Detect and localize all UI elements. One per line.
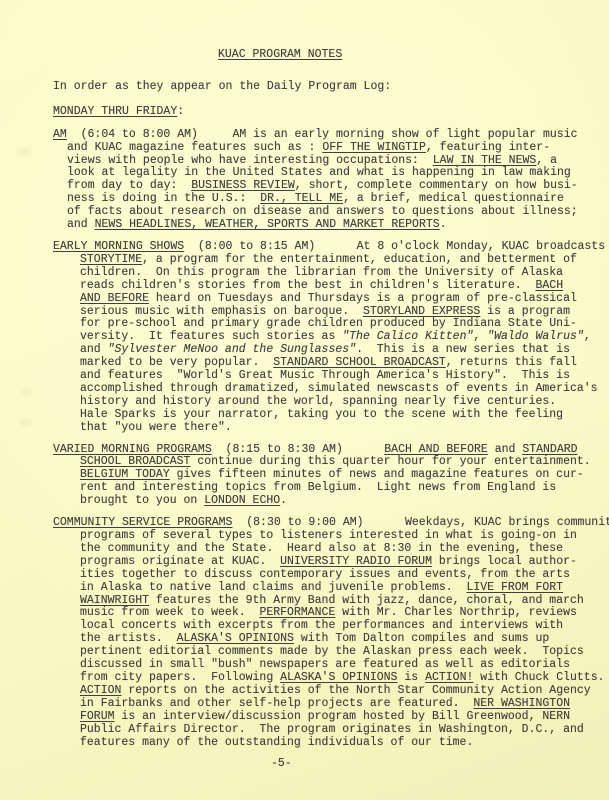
body-text: brings local author- (432, 555, 577, 568)
underlined-text: BELGIUM TODAY (80, 468, 170, 481)
italic-title-text: "Sylvester MeNoo and the Sunglasses" (108, 343, 356, 356)
scan-smudge (18, 148, 32, 155)
text-line: brought to you on LONDON ECHO. (53, 495, 593, 508)
body-text: and (67, 218, 95, 231)
underlined-text: ACTION! (425, 671, 473, 684)
underlined-text: LONDON ECHO (204, 494, 280, 507)
body-text: and (80, 343, 108, 356)
body-text: in Alaska to native land claims and juve… (80, 581, 466, 594)
body-text: Public Affairs Director. The program ori… (80, 723, 584, 736)
body-text: children. On this program the librarian … (80, 266, 563, 279)
body-text: that "you were there". (80, 421, 232, 434)
underlined-text: UNIVERSITY RADIO FORUM (280, 555, 432, 568)
program-paragraph: AM (6:04 to 8:00 AM) AM is an early morn… (53, 129, 593, 232)
underlined-text: LIVE FROM FORT (466, 581, 563, 594)
body-text: brought to you on (80, 494, 204, 507)
underlined-text: ALASKA'S OPINIONS (280, 671, 397, 684)
intro-line: In order as they appear on the Daily Pro… (53, 81, 593, 94)
program-paragraph: COMMUNITY SERVICE PROGRAMS (8:30 to 9:00… (53, 517, 593, 749)
page-title: KUAC PROGRAM NOTES (218, 49, 342, 62)
body-text: and (488, 443, 523, 456)
body-text: reports on the activities of the North S… (121, 684, 590, 697)
typewritten-page: KUAC PROGRAM NOTES In order as they appe… (53, 49, 593, 771)
body-text: of facts about research on disease and a… (67, 205, 578, 218)
body-text: . (280, 494, 287, 507)
body-text: versity. It features such stories as (80, 330, 342, 343)
body-text: accomplished through dramatized, simulat… (80, 382, 598, 395)
body-text: views with people who have interesting o… (67, 154, 433, 167)
schedule-heading: MONDAY THRU FRIDAY: (53, 106, 593, 119)
underlined-text: LAW IN THE NEWS (433, 154, 537, 167)
underlined-text: BACH (535, 279, 563, 292)
body-text: with Mr. Charles Northrip, reviews (335, 606, 577, 619)
body-text: reads children's stories from the best i… (80, 279, 535, 292)
program-paragraph: EARLY MORNING SHOWS (8:00 to 8:15 AM) At… (53, 241, 593, 435)
page-title-text: KUAC PROGRAM NOTES (218, 48, 342, 61)
body-text: and KUAC magazine features such as : (67, 141, 322, 154)
scan-smudge (19, 418, 32, 426)
underlined-text: COMMUNITY SERVICE PROGRAMS (53, 516, 232, 529)
body-text: the artists. (80, 632, 177, 645)
body-text: discussed in small "bush" newspapers are… (80, 658, 570, 671)
body-text: continue during this quarter hour for yo… (190, 455, 590, 468)
underlined-text: DR., TELL ME (260, 192, 343, 205)
body-text: heard on Tuesdays and Thursdays is a pro… (149, 292, 577, 305)
underlined-text: EARLY MORNING SHOWS (53, 240, 184, 253)
body-text: (8:15 to 8:30 AM) (212, 443, 385, 456)
underlined-text: STORYTIME (80, 253, 142, 266)
body-text: Hale Sparks is your narrator, taking you… (80, 408, 563, 421)
body-text: marked to be very popular. (80, 356, 273, 369)
underlined-text: NER WASHINGTON (473, 697, 570, 710)
program-paragraph: VARIED MORNING PROGRAMS (8:15 to 8:30 AM… (53, 444, 593, 509)
body-text: music from week to week. (80, 606, 259, 619)
body-text: (8:00 to 8:15 AM) At 8 o'clock Monday, K… (184, 240, 605, 253)
body-text: the community and the State. Heard also … (80, 542, 563, 555)
body-text: ness is doing in the U.S.: (67, 192, 260, 205)
body-text: (8:30 to 9:00 AM) Weekdays, KUAC brings … (232, 516, 609, 529)
underlined-text: NEWS HEADLINES, WEATHER, SPORTS AND MARK… (95, 218, 440, 231)
schedule-heading-colon: : (177, 105, 184, 118)
text-line: features many of the outstanding individ… (53, 737, 593, 750)
programs: AM (6:04 to 8:00 AM) AM is an early morn… (53, 129, 593, 750)
body-text: gives fifteen minutes of news and magazi… (170, 468, 584, 481)
underlined-text: SCHOOL BROADCAST (80, 455, 190, 468)
underlined-text: WAINWRIGHT (80, 594, 149, 607)
underlined-text: BACH AND BEFORE (384, 443, 488, 456)
body-text: with Chuck Clutts. (473, 671, 604, 684)
body-text: from day to day: (67, 179, 191, 192)
underlined-text: BUSINESS REVIEW (191, 179, 295, 192)
body-text: features the 9th Army Band with jazz, da… (149, 594, 584, 607)
underlined-text: VARIED MORNING PROGRAMS (53, 443, 212, 456)
body-text: . (440, 218, 447, 231)
underlined-text: ACTION (80, 684, 121, 697)
body-text: , (584, 330, 591, 343)
body-text: (6:04 to 8:00 AM) AM is an early morning… (67, 128, 578, 141)
schedule-heading-text: MONDAY THRU FRIDAY (53, 105, 177, 118)
body-text: , short, complete commentary on how busi… (295, 179, 578, 192)
underlined-text: STORYLAND EXPRESS (363, 305, 480, 318)
body-text: , a (536, 154, 557, 167)
underlined-text: PERFORMANCE (259, 606, 335, 619)
body-text: is a program (480, 305, 570, 318)
body-text: programs of several types to listeners i… (80, 529, 577, 542)
body-text: local concerts with excerpts from the pe… (80, 619, 563, 632)
body-text: for pre-school and primary grade childre… (80, 317, 577, 330)
document-page: { "document": { "title": "KUAC PROGRAM N… (0, 0, 609, 800)
body-text: in Fairbanks and other self-help project… (80, 697, 473, 710)
text-line: that "you were there". (53, 422, 593, 435)
body-text: , featuring inter- (426, 141, 550, 154)
underlined-text: STANDARD (522, 443, 577, 456)
body-text: is (397, 671, 425, 684)
italic-title-text: "Waldo Walrus" (487, 330, 584, 343)
body-text: , a brief, medical questionnaire (343, 192, 564, 205)
underlined-text: AND BEFORE (80, 292, 149, 305)
italic-title-text: "The Calico Kitten" (342, 330, 473, 343)
body-text: rent and interesting topics from Belgium… (80, 481, 556, 494)
underlined-text: AM (53, 128, 67, 141)
body-text: history and history around the world, sp… (80, 395, 556, 408)
body-text: ities together to discuss contemporary i… (80, 568, 570, 581)
page-number: -5- (271, 758, 292, 771)
body-text: is an interview/discussion program hoste… (115, 710, 570, 723)
body-text: features many of the outstanding individ… (80, 736, 473, 749)
body-text: pertinent editorial comments made by the… (80, 645, 584, 658)
body-text: . This is a new series that is (356, 343, 570, 356)
underlined-text: FORUM (80, 710, 115, 723)
body-text: with Tom Dalton compiles and sums up (294, 632, 549, 645)
body-text: programs originate at KUAC. (80, 555, 280, 568)
body-text: serious music with emphasis on baroque. (80, 305, 363, 318)
text-line: and NEWS HEADLINES, WEATHER, SPORTS AND … (53, 219, 593, 232)
body-text: , a program for the entertainment, educa… (142, 253, 577, 266)
underlined-text: OFF THE WINGTIP (322, 141, 426, 154)
underlined-text: STANDARD SCHOOL BROADCAST (273, 356, 446, 369)
body-text: from city papers. Following (80, 671, 280, 684)
body-text: , returns this fall (446, 356, 577, 369)
body-text: look at legality in the United States an… (67, 166, 571, 179)
body-text: , (473, 330, 487, 343)
scan-smudge (20, 388, 32, 395)
body-text: and features "World's Great Music Throug… (80, 369, 570, 382)
underlined-text: ALASKA'S OPINIONS (177, 632, 294, 645)
